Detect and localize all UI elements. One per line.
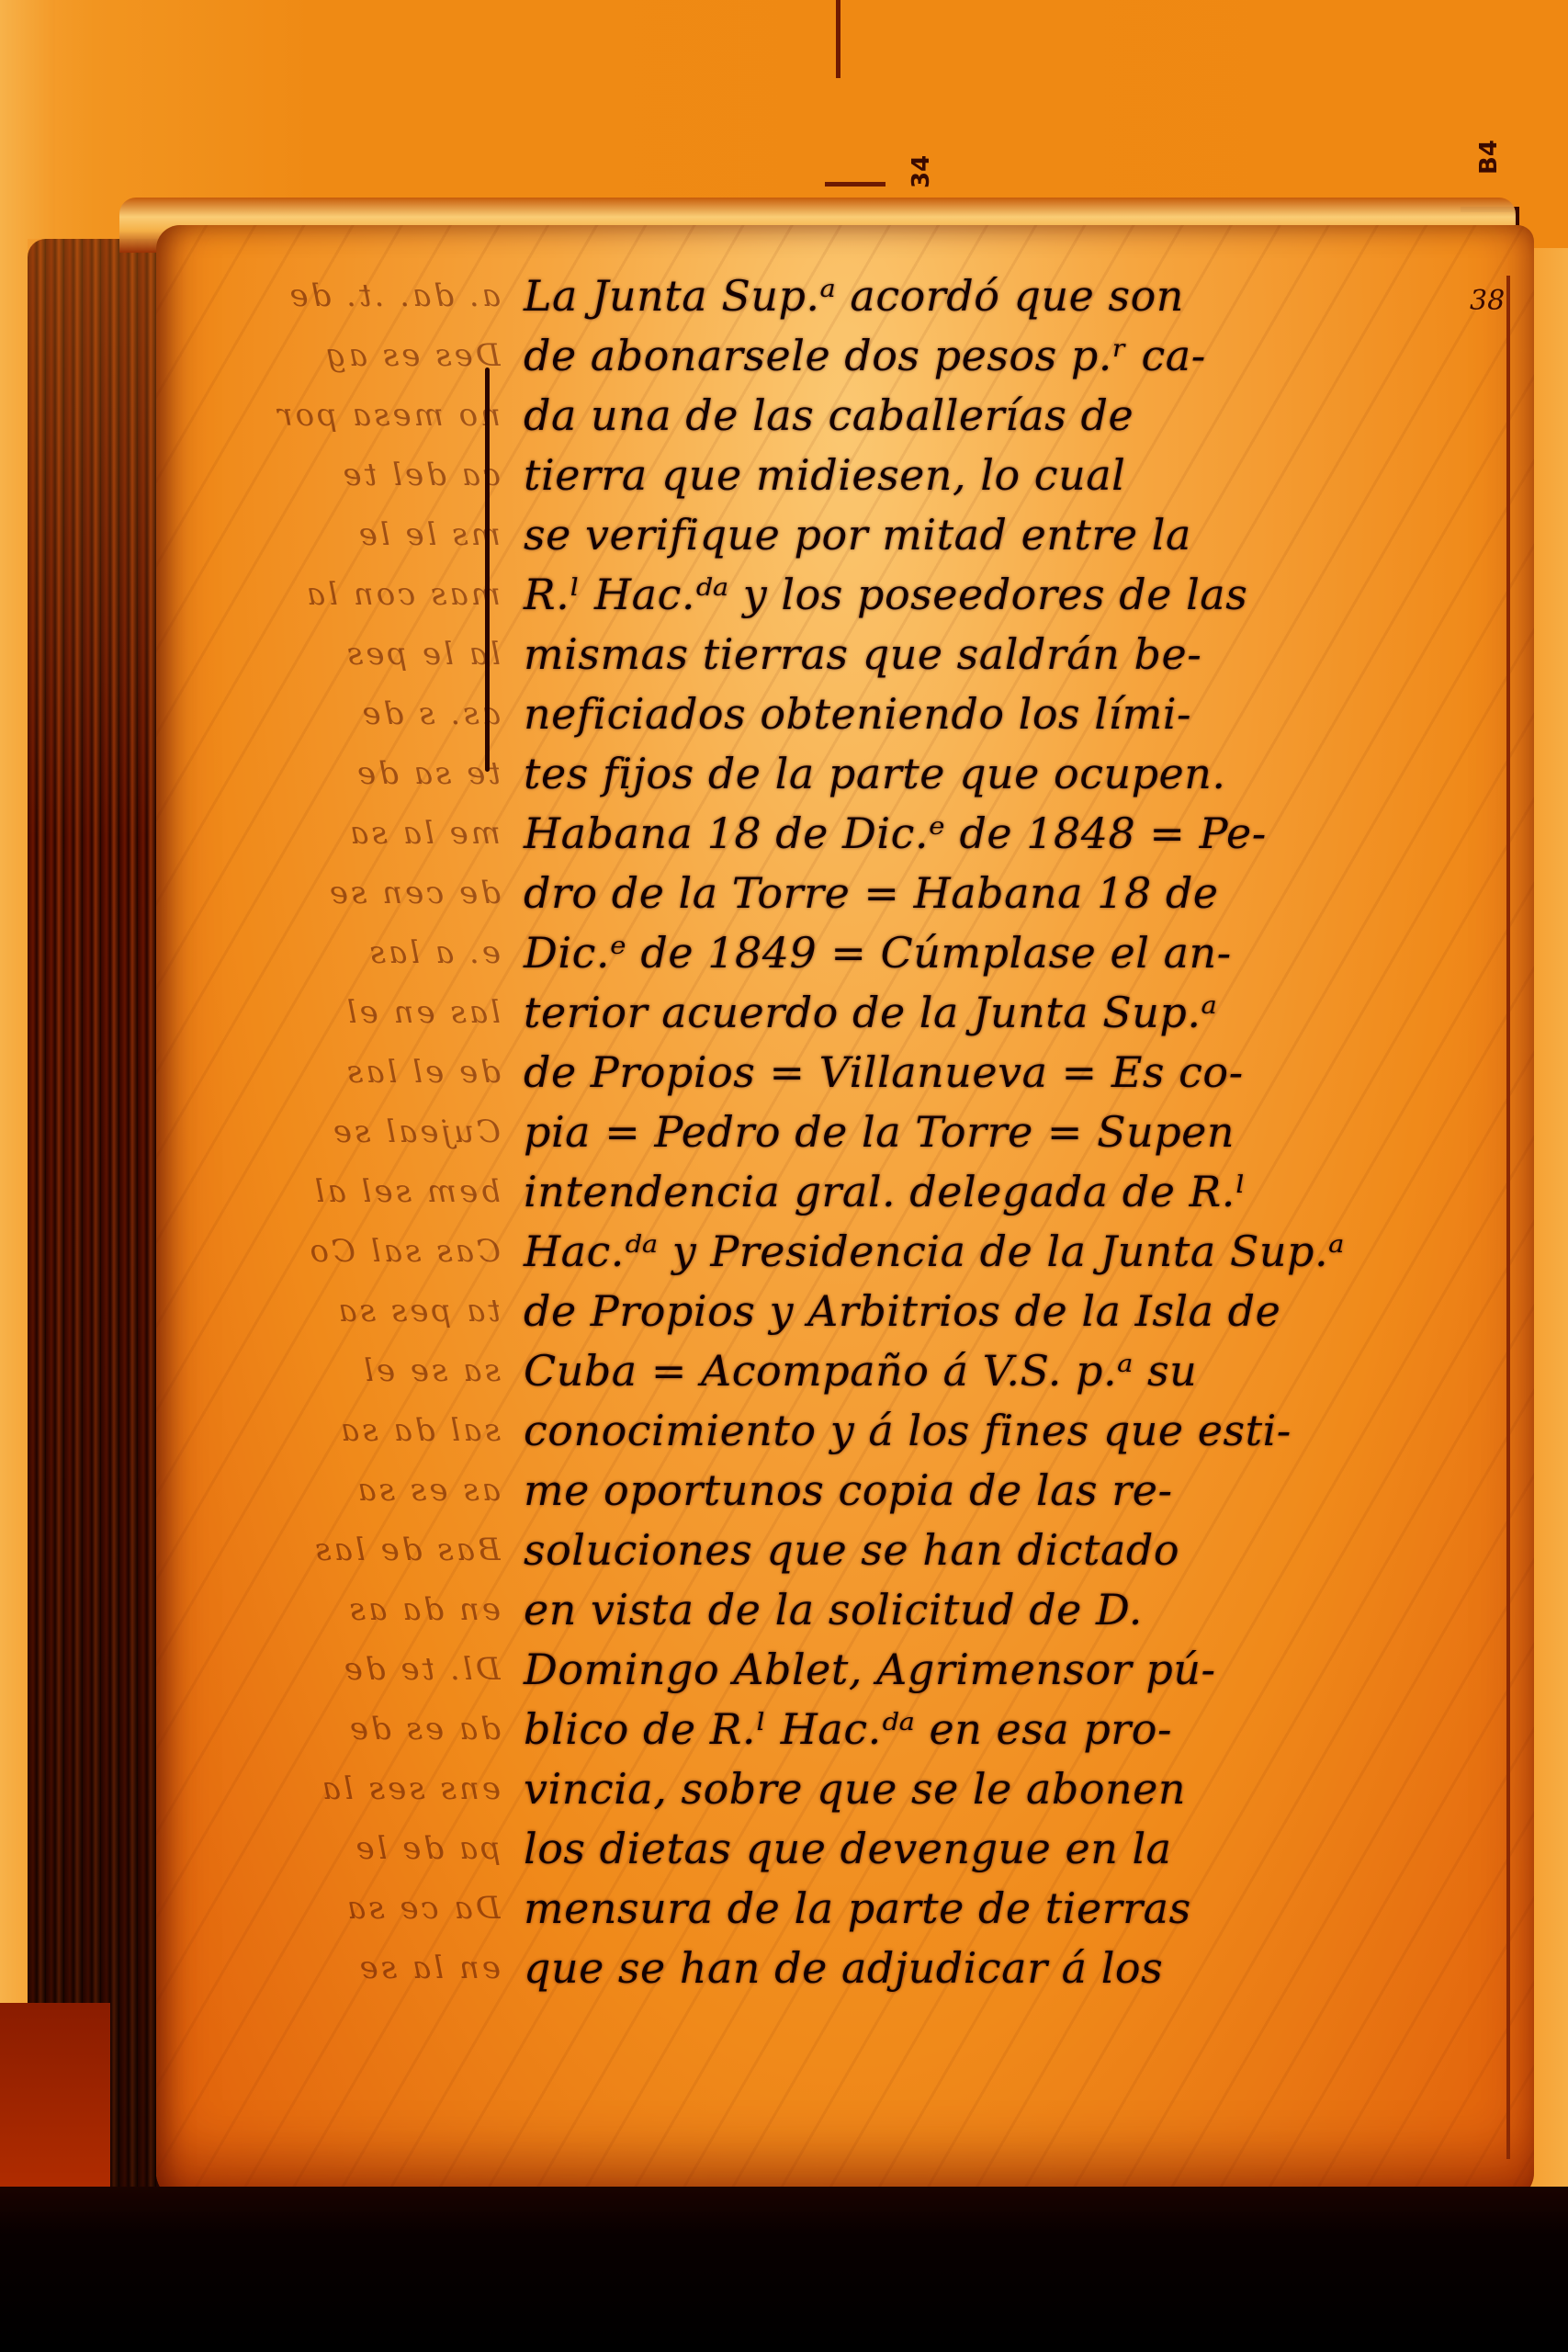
page-gutter-line <box>1506 276 1510 2159</box>
manuscript-line: Domingo Ablet, Agrimensor pú- <box>524 1640 1479 1700</box>
bleed-through-line: Cas sal Co <box>197 1222 501 1282</box>
manuscript-line: blico de R.ˡ Hac.ᵈᵃ en esa pro- <box>524 1700 1479 1759</box>
bleed-through-line: las en el <box>197 983 501 1043</box>
manuscript-line: en vista de la solicitud de D. <box>524 1580 1479 1640</box>
bleed-through-text: a. da. .t. deDes es agno mesa porca del … <box>197 266 501 1998</box>
bleed-through-line: de cen se <box>197 864 501 923</box>
manuscript-line: se verifique por mitad entre la <box>524 505 1479 565</box>
reel-marker-label: B4 <box>1475 140 1503 175</box>
bleed-through-line: a. da. .t. de <box>197 266 501 326</box>
bleed-through-line: la le pes <box>197 625 501 684</box>
bleed-through-line: as es sa <box>197 1461 501 1521</box>
manuscript-line: dro de la Torre = Habana 18 de <box>524 864 1479 923</box>
bleed-through-line: ms le le <box>197 505 501 565</box>
bleed-through-line: ca del te <box>197 446 501 505</box>
manuscript-line: intendencia gral. delegada de R.ˡ <box>524 1162 1479 1222</box>
manuscript-line: tes fijos de la parte que ocupen. <box>524 744 1479 804</box>
manuscript-line: pia = Pedro de la Torre = Supen <box>524 1102 1479 1162</box>
manuscript-line: conocimiento y á los fines que esti- <box>524 1401 1479 1461</box>
manuscript-line: mensura de la parte de tierras <box>524 1879 1479 1939</box>
bleed-through-line: bem sel al <box>197 1162 501 1222</box>
bleed-through-line: Des es ag <box>197 326 501 386</box>
bleed-through-line: sa se el <box>197 1341 501 1401</box>
manuscript-line: Hac.ᵈᵃ y Presidencia de la Junta Sup.ᵃ <box>524 1222 1479 1282</box>
manuscript-line: tierra que midiesen, lo cual <box>524 446 1479 505</box>
manuscript-line: soluciones que se han dictado <box>524 1521 1479 1580</box>
manuscript-line: Cuba = Acompaño á V.S. p.ᵃ su <box>524 1341 1479 1401</box>
bleed-through-line: de el las <box>197 1043 501 1102</box>
manuscript-line: neficiados obteniendo los lími- <box>524 684 1479 744</box>
bottom-shadow-area <box>0 2187 1568 2352</box>
bleed-through-line: en da as <box>197 1580 501 1640</box>
manuscript-line: da una de las caballerías de <box>524 386 1479 446</box>
margin-bracket-line <box>485 367 490 772</box>
manuscript-line: La Junta Sup.ᵃ acordó que son <box>524 266 1479 326</box>
bleed-through-line: sal da sa <box>197 1401 501 1461</box>
bleed-through-line: mas con la <box>197 565 501 625</box>
bleed-through-line: te sa de <box>197 744 501 804</box>
bleed-through-line: ta pes sa <box>197 1282 501 1341</box>
bleed-through-line: me la sa <box>197 804 501 864</box>
manuscript-line: de Propios = Villanueva = Es co- <box>524 1043 1479 1102</box>
manuscript-line: vincia, sobre que se le abonen <box>524 1759 1479 1819</box>
manuscript-line: R.ˡ Hac.ᵈᵃ y los poseedores de las <box>524 565 1479 625</box>
manuscript-line: me oportunos copia de las re- <box>524 1461 1479 1521</box>
manuscript-line: los dietas que devengue en la <box>524 1819 1479 1879</box>
book-page-edges <box>28 239 165 2242</box>
frame-tick-bottom <box>825 182 886 187</box>
manuscript-line: de Propios y Arbitrios de la Isla de <box>524 1282 1479 1341</box>
manuscript-line: de abonarsele dos pesos p.ʳ ca- <box>524 326 1479 386</box>
manuscript-text: La Junta Sup.ᵃ acordó que sonde abonarse… <box>524 266 1479 1998</box>
bleed-through-line: en la se <box>197 1939 501 1998</box>
frame-tick-top <box>836 0 840 78</box>
frame-number-label: 34 <box>908 155 935 188</box>
manuscript-line: terior acuerdo de la Junta Sup.ᵃ <box>524 983 1479 1043</box>
bleed-through-line: as. s de <box>197 684 501 744</box>
manuscript-line: Dic.ᵉ de 1849 = Cúmplase el an- <box>524 923 1479 983</box>
bleed-through-line: Bas de las <box>197 1521 501 1580</box>
bleed-through-line: Da ce sa <box>197 1879 501 1939</box>
manuscript-line: que se han de adjudicar á los <box>524 1939 1479 1998</box>
manuscript-line: Habana 18 de Dic.ᵉ de 1848 = Pe- <box>524 804 1479 864</box>
bleed-through-line: da es de <box>197 1700 501 1759</box>
bleed-through-line: no mesa por <box>197 386 501 446</box>
bleed-through-line: Dl. te de <box>197 1640 501 1700</box>
bleed-through-line: e. a las <box>197 923 501 983</box>
bleed-through-line: pa de le <box>197 1819 501 1879</box>
bleed-through-line: Cujeal se <box>197 1102 501 1162</box>
manuscript-line: mismas tierras que saldrán be- <box>524 625 1479 684</box>
bleed-through-line: ens ses la <box>197 1759 501 1819</box>
